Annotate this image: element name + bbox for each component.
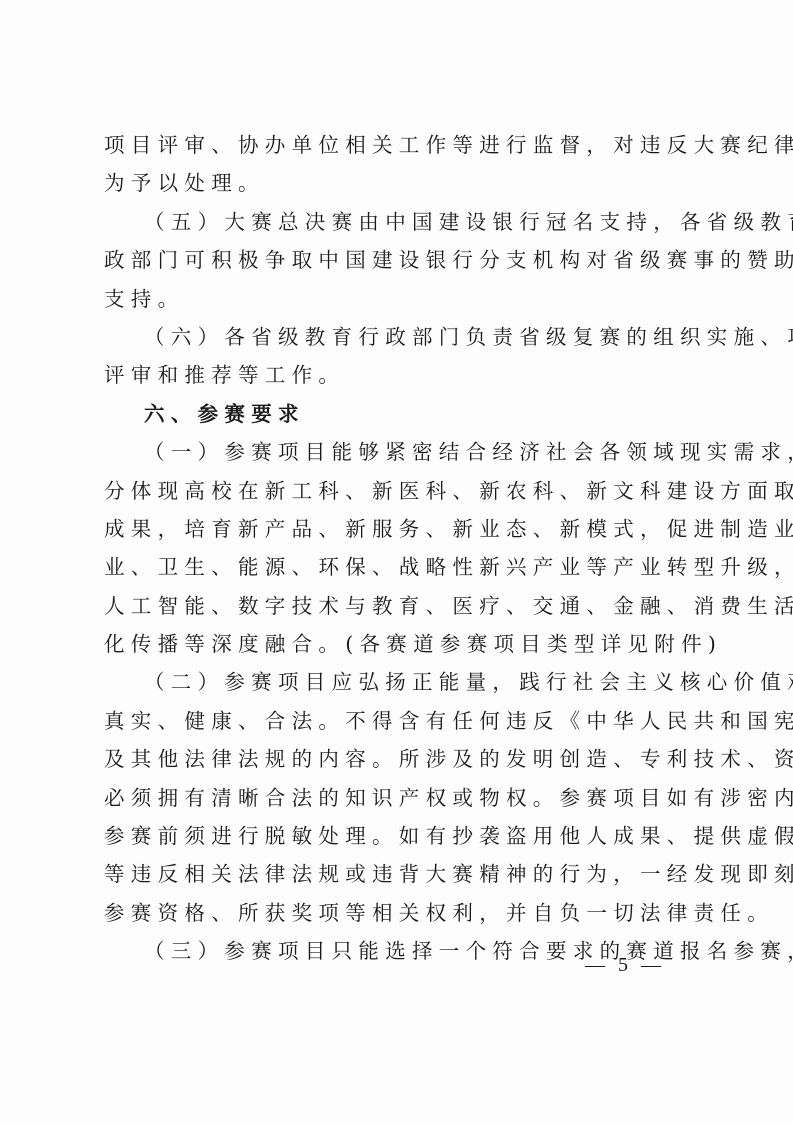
page-number: — 5 —	[585, 954, 665, 977]
text-line: 评审和推荐等工作。	[104, 356, 670, 394]
text-line: 参赛资格、所获奖项等相关权利，并自负一切法律责任。	[104, 894, 670, 932]
paragraph-start: （六）各省级教育行政部门负责省级复赛的组织实施、项目	[104, 318, 670, 356]
text-line: 成果，培育新产品、新服务、新业态、新模式，促进制造业、农	[104, 510, 670, 548]
text-line: 业、卫生、能源、环保、战略性新兴产业等产业转型升级，促进	[104, 548, 670, 586]
text-line: 项目评审、协办单位相关工作等进行监督，对违反大赛纪律的行	[104, 126, 670, 164]
text-line: 及其他法律法规的内容。所涉及的发明创造、专利技术、资源等	[104, 740, 670, 778]
document-page: 项目评审、协办单位相关工作等进行监督，对违反大赛纪律的行 为予以处理。 （五）大…	[0, 0, 793, 1123]
text-line: 化传播等深度融合。(各赛道参赛项目类型详见附件)	[104, 625, 670, 663]
text-line: 人工智能、数字技术与教育、医疗、交通、金融、消费生活、文	[104, 587, 670, 625]
paragraph-start: （五）大赛总决赛由中国建设银行冠名支持，各省级教育行	[104, 203, 670, 241]
text-line: 支持。	[104, 280, 670, 318]
paragraph-start: （一）参赛项目能够紧密结合经济社会各领域现实需求，充	[104, 433, 670, 471]
text-line: 参赛前须进行脱敏处理。如有抄袭盗用他人成果、提供虚假材料	[104, 817, 670, 855]
text-line: 等违反相关法律法规或违背大赛精神的行为，一经发现即刻丧失	[104, 855, 670, 893]
text-line: 真实、健康、合法。不得含有任何违反《中华人民共和国宪法》	[104, 702, 670, 740]
text-line: 政部门可积极争取中国建设银行分支机构对省级赛事的赞助	[104, 241, 670, 279]
paragraph-start: （二）参赛项目应弘扬正能量，践行社会主义核心价值观，	[104, 663, 670, 701]
section-heading: 六、参赛要求	[104, 395, 670, 433]
text-line: 必须拥有清晰合法的知识产权或物权。参赛项目如有涉密内容，	[104, 779, 670, 817]
text-line: 分体现高校在新工科、新医科、新农科、新文科建设方面取得的	[104, 472, 670, 510]
body-text: 项目评审、协办单位相关工作等进行监督，对违反大赛纪律的行 为予以处理。 （五）大…	[104, 126, 670, 971]
text-line: 为予以处理。	[104, 164, 670, 202]
